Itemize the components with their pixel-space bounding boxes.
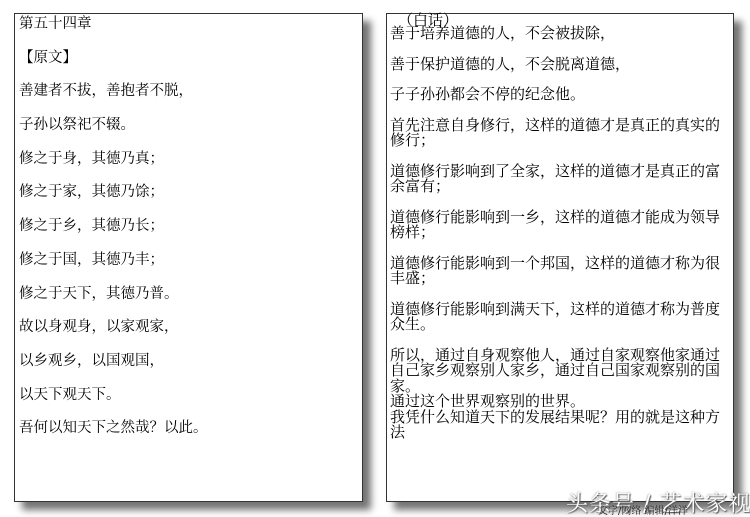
translation-paragraph: 道德修行能影响到满天下，这样的道德才称为普度众生。 — [390, 302, 730, 333]
translation-paragraph: 首先注意自身修行，这样的道德才是真正的真实的修行； — [390, 118, 730, 149]
translation-paragraph: 善于保护道德的人，不会脱离道德， — [390, 57, 730, 73]
translation-paragraph: 所以，通过自身观察他人，通过自家观察他家通过自己家乡观察别人家乡，通过自己国家观… — [390, 348, 730, 395]
text-line: 修之于家，其德乃馀； — [19, 184, 358, 218]
translation-paragraph: 我凭什么知道天下的发展结果呢？用的就是这种方法 — [390, 410, 730, 441]
section-label: 【原文】 — [19, 50, 358, 84]
credit-line: 文字/网络 编辑/洋洋 — [598, 502, 688, 517]
text-line: 以天下观天下。 — [19, 387, 358, 421]
text-line: 修之于身，其德乃真； — [19, 151, 358, 185]
chapter-title: 第五十四章 — [19, 16, 358, 50]
text-line: 修之于天下，其德乃普。 — [19, 286, 358, 320]
text-line: 善建者不拔，善抱者不脱， — [19, 83, 358, 117]
text-line: 修之于乡，其德乃长； — [19, 218, 358, 252]
text-line: 子孙以祭祀不辍。 — [19, 117, 358, 151]
translation-paragraph: 道德修行能影响到一乡，这样的道德才能成为领导榜样； — [390, 210, 730, 241]
text-line: 故以身观身，以家观家， — [19, 319, 358, 353]
original-text-panel: 第五十四章 【原文】 善建者不拔，善抱者不脱， 子孙以祭祀不辍。 修之于身，其德… — [14, 13, 363, 502]
text-line: 修之于国，其德乃丰； — [19, 252, 358, 286]
translation-paragraph: 道德修行能影响到一个邦国，这样的道德才称为很丰盛； — [390, 256, 730, 287]
translation-paragraph: 道德修行影响到了全家，这样的道德才是真正的富余富有； — [390, 164, 730, 195]
translation-paragraph: 子子孙孙都会不停的纪念他。 — [390, 87, 730, 103]
translation-panel: （白话） 善于培养道德的人，不会被拔除， 善于保护道德的人，不会脱离道德， 子子… — [386, 13, 734, 502]
text-line: 以乡观乡，以国观国， — [19, 353, 358, 387]
translation-paragraph: 善于培养道德的人，不会被拔除， — [390, 26, 730, 42]
text-line: 吾何以知天下之然哉？以此。 — [19, 420, 358, 454]
